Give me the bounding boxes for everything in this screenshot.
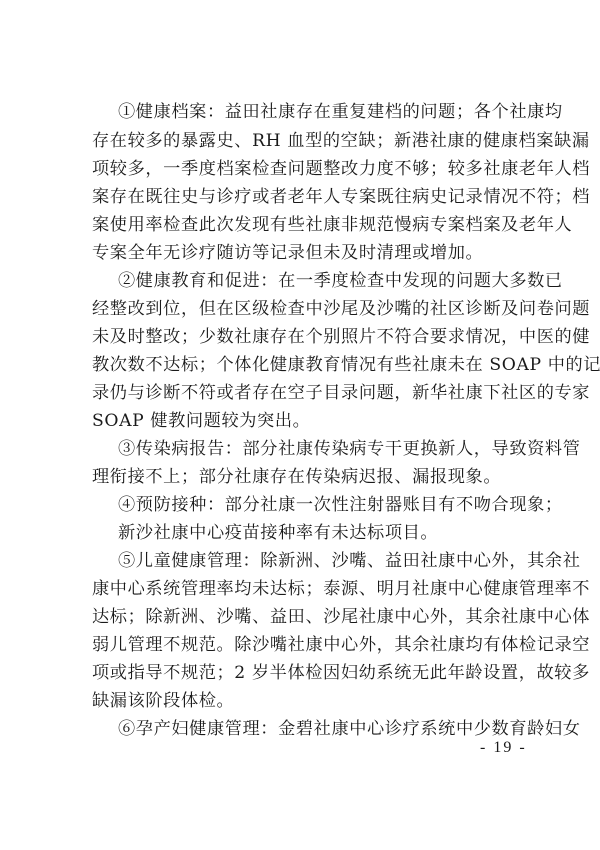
paragraph-infectious-disease-line: 理衔接不上；部分社康存在传染病迟报、漏报现象。 [92, 466, 512, 488]
paragraph-health-records-line: 存在较多的暴露史、RH 血型的空缺；新港社康的健康档案缺漏 [92, 130, 512, 152]
paragraph-vaccination-line: 新沙社康中心疫苗接种率有未达标项目。 [118, 522, 512, 544]
paragraph-health-education-line: 经整改到位，但在区级检查中沙尾及沙嘴的社区诊断及问卷问题 [92, 298, 512, 320]
document-page: ①健康档案：益田社康存在重复建档的问题；各个社康均 存在较多的暴露史、RH 血型… [0, 0, 600, 850]
paragraph-health-records-line: 专案全年无诊疗随访等记录但未及时清理或增加。 [92, 242, 512, 264]
paragraph-child-health-line: 弱儿管理不规范。除沙嘴社康中心外，其余社康均有体检记录空 [92, 634, 512, 656]
paragraph-vaccination-line: ④预防接种：部分社康一次性注射器账目有不吻合现象； [118, 494, 512, 516]
paragraph-child-health-line: 达标；除新洲、沙嘴、益田、沙尾社康中心外，其余社康中心体 [92, 606, 512, 628]
paragraph-health-records-line: ①健康档案：益田社康存在重复建档的问题；各个社康均 [118, 101, 512, 123]
paragraph-health-education-line: 未及时整改；少数社康存在个别照片不符合要求情况，中医的健 [92, 326, 512, 348]
paragraph-child-health-line: 缺漏该阶段体检。 [92, 690, 512, 712]
paragraph-health-education-line: SOAP 健教问题较为突出。 [92, 410, 512, 432]
paragraph-health-records-line: 案使用率检查此次发现有些社康非规范慢病专案档案及老年人 [92, 214, 512, 236]
paragraph-health-education-line: 教次数不达标；个体化健康教育情况有些社康未在 SOAP 中的记 [92, 354, 512, 376]
paragraph-child-health-line: 康中心系统管理率均未达标；泰源、明月社康中心健康管理率不 [92, 578, 512, 600]
paragraph-maternal-health-line: ⑥孕产妇健康管理：金碧社康中心诊疗系统中少数育龄妇女 [118, 718, 512, 740]
paragraph-health-education-line: 录仍与诊断不符或者存在空子目录问题，新华社康下社区的专家 [92, 382, 512, 404]
paragraph-health-records-line: 项较多，一季度档案检查问题整改力度不够；较多社康老年人档 [92, 158, 512, 180]
page-number: - 19 - [480, 738, 527, 758]
paragraph-child-health-line: 项或指导不规范；2 岁半体检因妇幼系统无此年龄设置，故较多 [92, 662, 512, 684]
paragraph-child-health-line: ⑤儿童健康管理：除新洲、沙嘴、益田社康中心外，其余社 [118, 550, 512, 572]
paragraph-health-education-line: ②健康教育和促进：在一季度检查中发现的问题大多数已 [118, 270, 512, 292]
paragraph-health-records-line: 案存在既往史与诊疗或者老年人专案既往病史记录情况不符；档 [92, 186, 512, 208]
paragraph-infectious-disease-line: ③传染病报告：部分社康传染病专干更换新人，导致资料管 [118, 438, 512, 460]
